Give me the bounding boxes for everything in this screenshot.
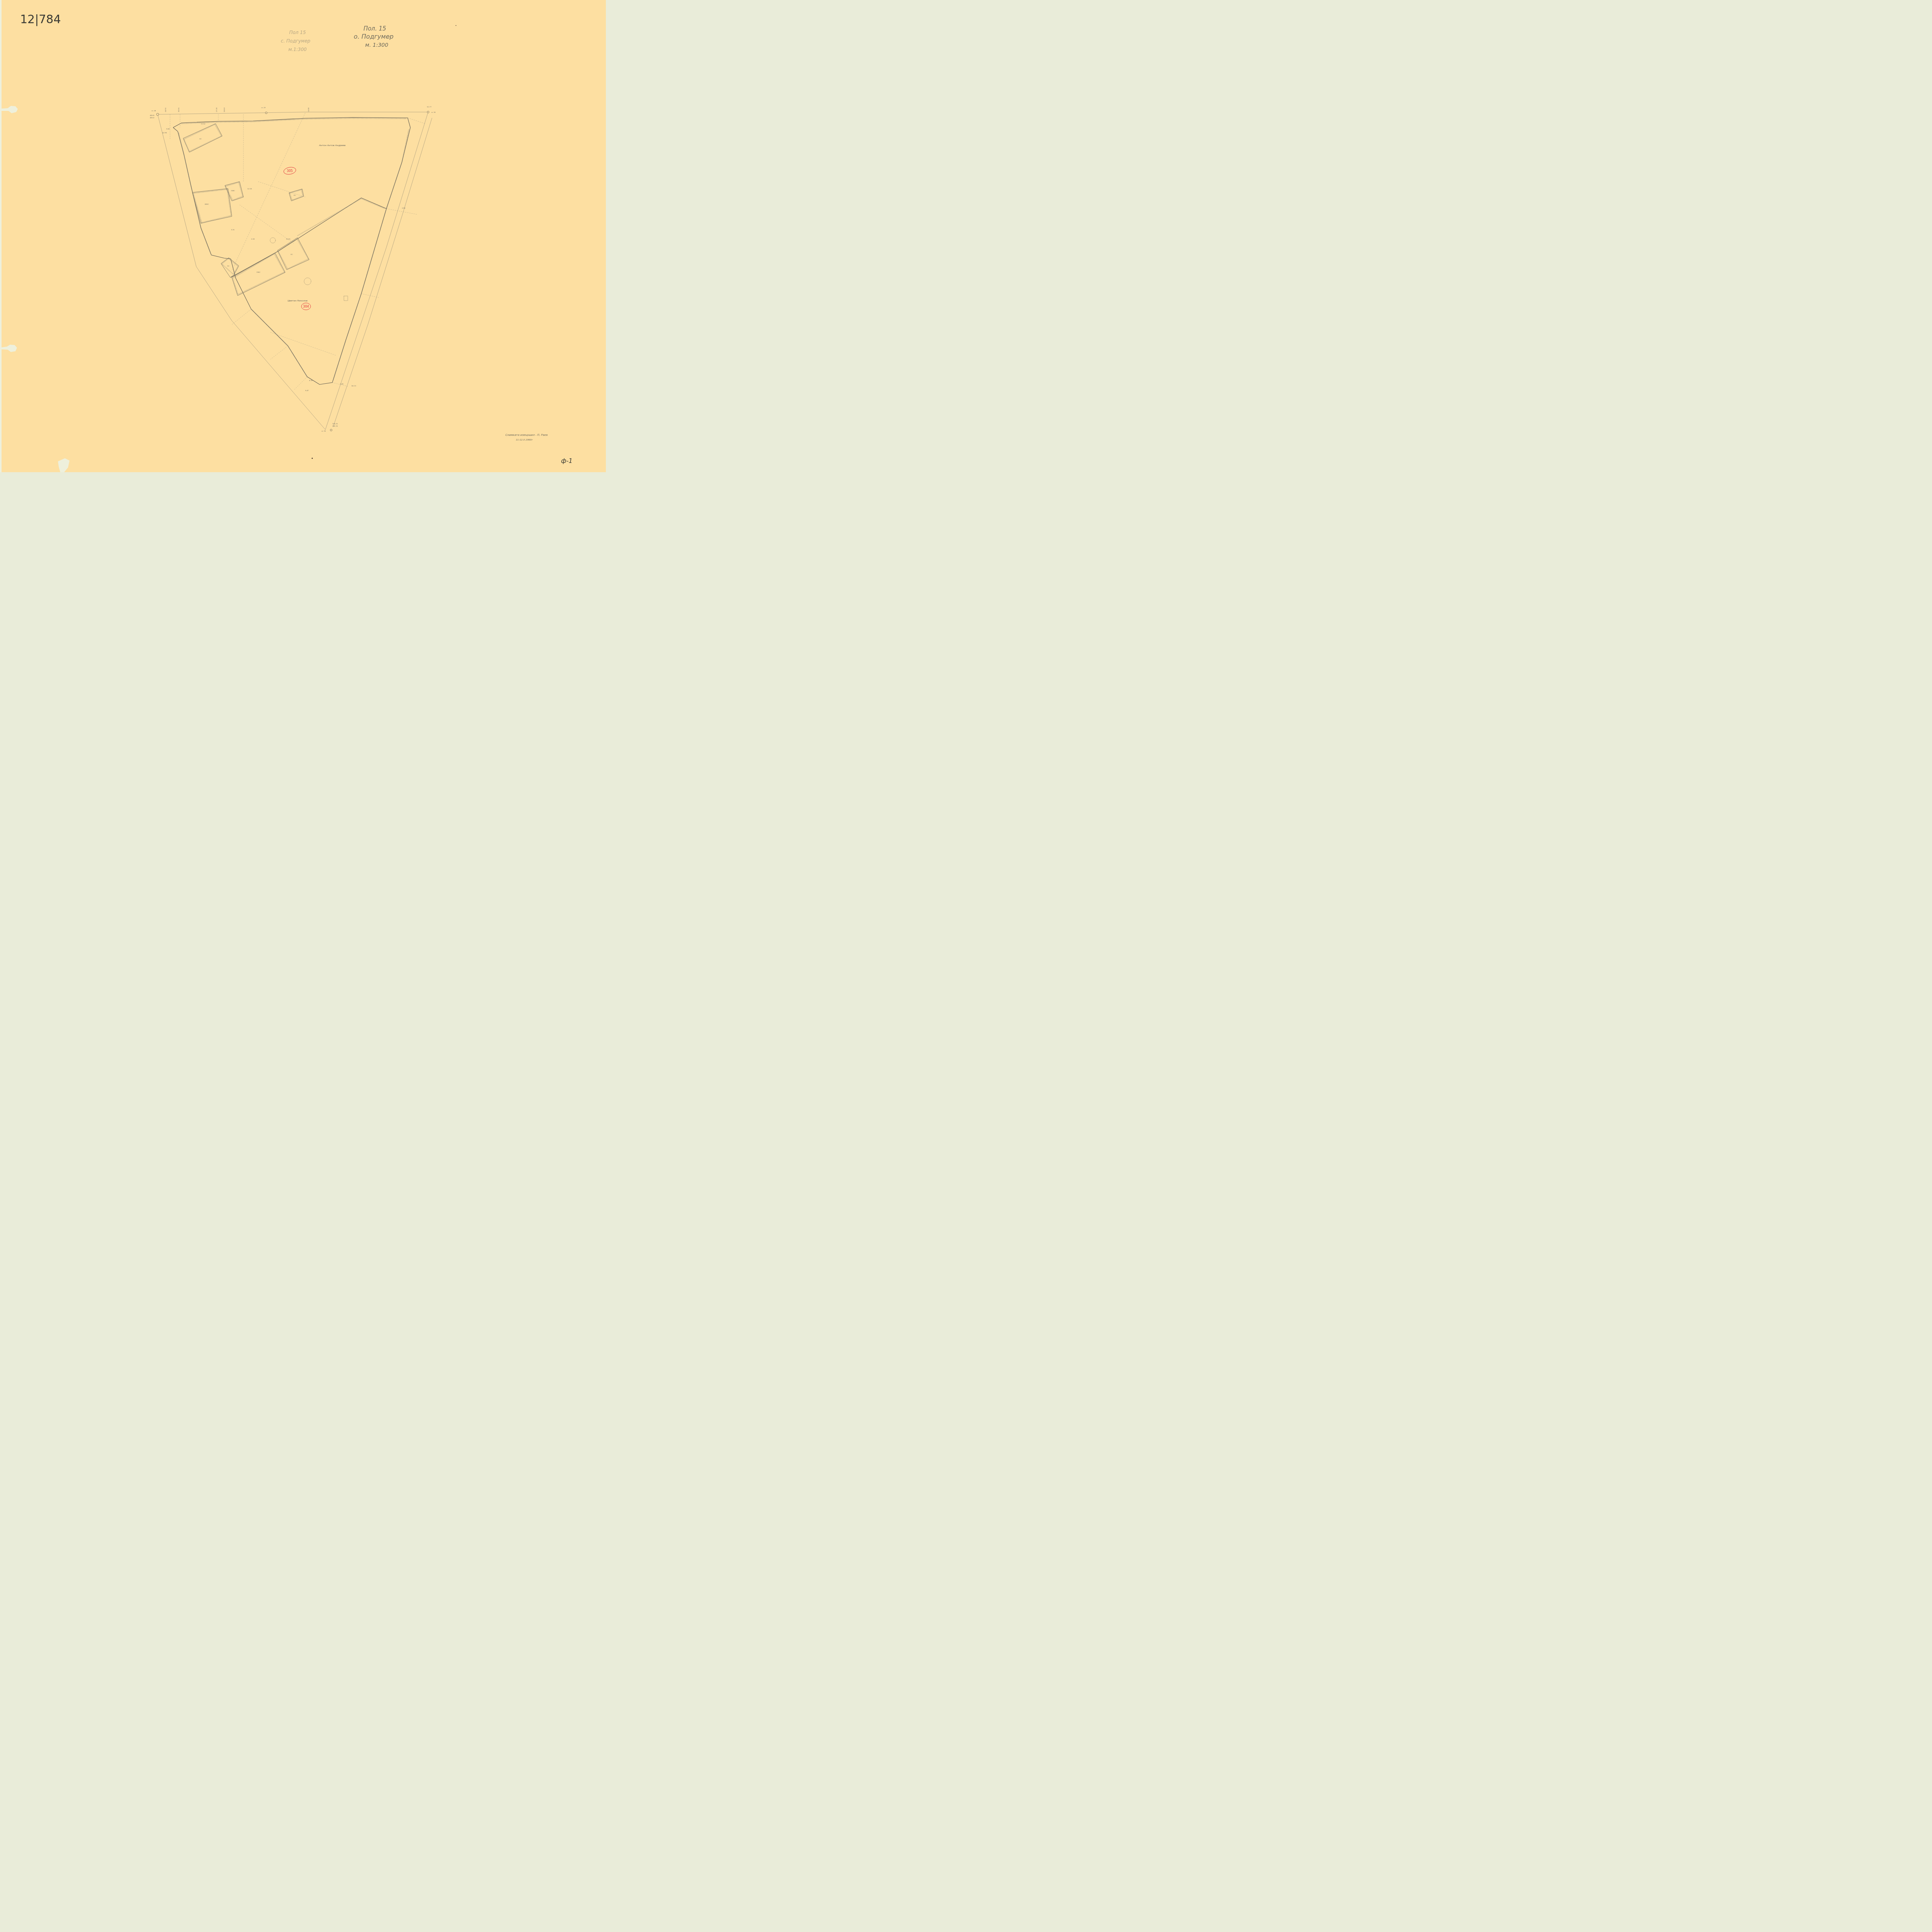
svg-text:4.18: 4.18 <box>309 379 313 381</box>
title-block: Пол. 15 о. Подгумер м. 1:300 <box>354 25 394 48</box>
svg-text:305: 305 <box>287 169 293 173</box>
svg-text:с. Подгумер: с. Подгумер <box>281 38 311 44</box>
offset-lines <box>170 113 425 390</box>
title-field-number: Пол. 15 <box>364 25 386 32</box>
station-marker-icon <box>330 429 332 431</box>
survey-sheet: 12|784 Пол 15 с. Подгумер м.1:300 Пол. 1… <box>0 0 606 472</box>
paper-speck <box>456 25 456 26</box>
svg-text:0.18: 0.18 <box>251 238 255 240</box>
traverse-lines <box>158 112 432 430</box>
owner-label-304: Цветан Николов <box>287 299 308 302</box>
faint-title-block: Пол 15 с. Подгумер м.1:300 <box>281 30 311 52</box>
parcel-boundary <box>173 117 410 384</box>
svg-text:ПС: ПС <box>294 194 296 196</box>
svg-text:26.63: 26.63 <box>223 107 225 112</box>
svg-text:ПЖС: ПЖС <box>231 190 235 192</box>
svg-text:12|784: 12|784 <box>20 13 61 26</box>
svg-text:48.62: 48.62 <box>150 117 155 119</box>
owner-label-305: Антон Антов Андреев <box>319 144 346 147</box>
svg-text:14.08: 14.08 <box>308 107 310 112</box>
svg-text:ПЖС: ПЖС <box>257 271 260 273</box>
svg-text:10.55: 10.55 <box>286 238 291 240</box>
svg-text:6.47: 6.47 <box>305 389 309 391</box>
svg-text:ф-1: ф-1 <box>561 457 573 464</box>
station-marker-icon <box>156 113 159 116</box>
parcel-divider <box>231 198 386 277</box>
svg-text:МЖС: МЖС <box>205 203 209 205</box>
svg-text:Пол 15: Пол 15 <box>289 30 306 35</box>
title-scale: м. 1:300 <box>365 42 388 48</box>
svg-text:106.20: 106.20 <box>332 423 338 425</box>
svg-text:3.98: 3.98 <box>402 207 405 209</box>
parcel-number-304: 304 <box>301 303 311 310</box>
station-pt30: пт 30 51.77 <box>427 106 436 113</box>
svg-text:42.98: 42.98 <box>162 132 167 134</box>
building-pzhs-lower: ПЖС <box>232 253 285 296</box>
svg-text:82.13: 82.13 <box>352 385 356 387</box>
signature-block: Снимката извършил - П. Раев 11-12.X.1960… <box>505 434 548 441</box>
svg-text:Снимката извършил - П. Раев: Снимката извършил - П. Раев <box>505 434 548 437</box>
svg-text:Цветан Николов: Цветан Николов <box>287 299 308 302</box>
sheet-code: ф-1 <box>561 457 573 464</box>
station-marker-icon <box>427 111 429 113</box>
survey-map-canvas: 12|784 Пол 15 с. Подгумер м.1:300 Пол. 1… <box>0 0 606 472</box>
svg-text:304: 304 <box>303 305 309 308</box>
station-marker-icon <box>265 112 267 114</box>
parcel-number-305: 305 <box>283 166 297 175</box>
paper-speck <box>312 458 313 459</box>
svg-text:ПС: ПС <box>291 253 293 255</box>
scan-backdrop-strip <box>0 0 2 472</box>
building-pzhs-upper: ПЖС <box>225 182 243 201</box>
svg-text:3.40: 3.40 <box>340 383 344 385</box>
svg-text:106.16: 106.16 <box>332 425 338 427</box>
station-pt35: пт 35 106.20 106.16 <box>321 423 338 432</box>
binding-hole-top <box>2 106 18 113</box>
svg-text:пт 35: пт 35 <box>321 430 326 432</box>
svg-text:ПС: ПС <box>199 138 202 140</box>
binding-hole-bottom <box>2 345 17 352</box>
svg-text:ПС: ПС <box>227 265 230 267</box>
svg-text:Антон Антов Андреев: Антон Антов Андреев <box>319 144 346 147</box>
well-symbol-icon <box>270 238 348 301</box>
svg-text:51.77: 51.77 <box>427 106 432 108</box>
svg-text:27.28: 27.28 <box>216 107 218 112</box>
title-village: о. Подгумер <box>354 33 394 40</box>
svg-text:пт 30: пт 30 <box>431 111 436 113</box>
building-ps-top-left: ПС <box>183 124 222 152</box>
svg-text:12.18: 12.18 <box>247 188 252 190</box>
svg-text:48.65: 48.65 <box>150 114 155 116</box>
torn-corner-bottom <box>58 458 70 472</box>
building-ps-small-center: ПС <box>289 189 304 201</box>
svg-text:11.52: 11.52 <box>201 123 206 125</box>
svg-text:пт 28: пт 28 <box>151 110 156 112</box>
building-ps-right: ПС <box>277 238 309 270</box>
svg-text:11-12.X.1960г: 11-12.X.1960г <box>516 439 533 441</box>
svg-text:34.92: 34.92 <box>165 107 167 112</box>
svg-text:3.68: 3.68 <box>166 128 170 130</box>
svg-text:3.15: 3.15 <box>231 229 235 231</box>
station-pt28: пт 28 48.65 48.62 <box>150 110 159 119</box>
archive-number: 12|784 <box>20 13 61 26</box>
svg-text:м.1:300: м.1:300 <box>288 47 307 52</box>
svg-text:пт 29: пт 29 <box>261 107 266 109</box>
svg-text:30.05: 30.05 <box>178 107 180 112</box>
